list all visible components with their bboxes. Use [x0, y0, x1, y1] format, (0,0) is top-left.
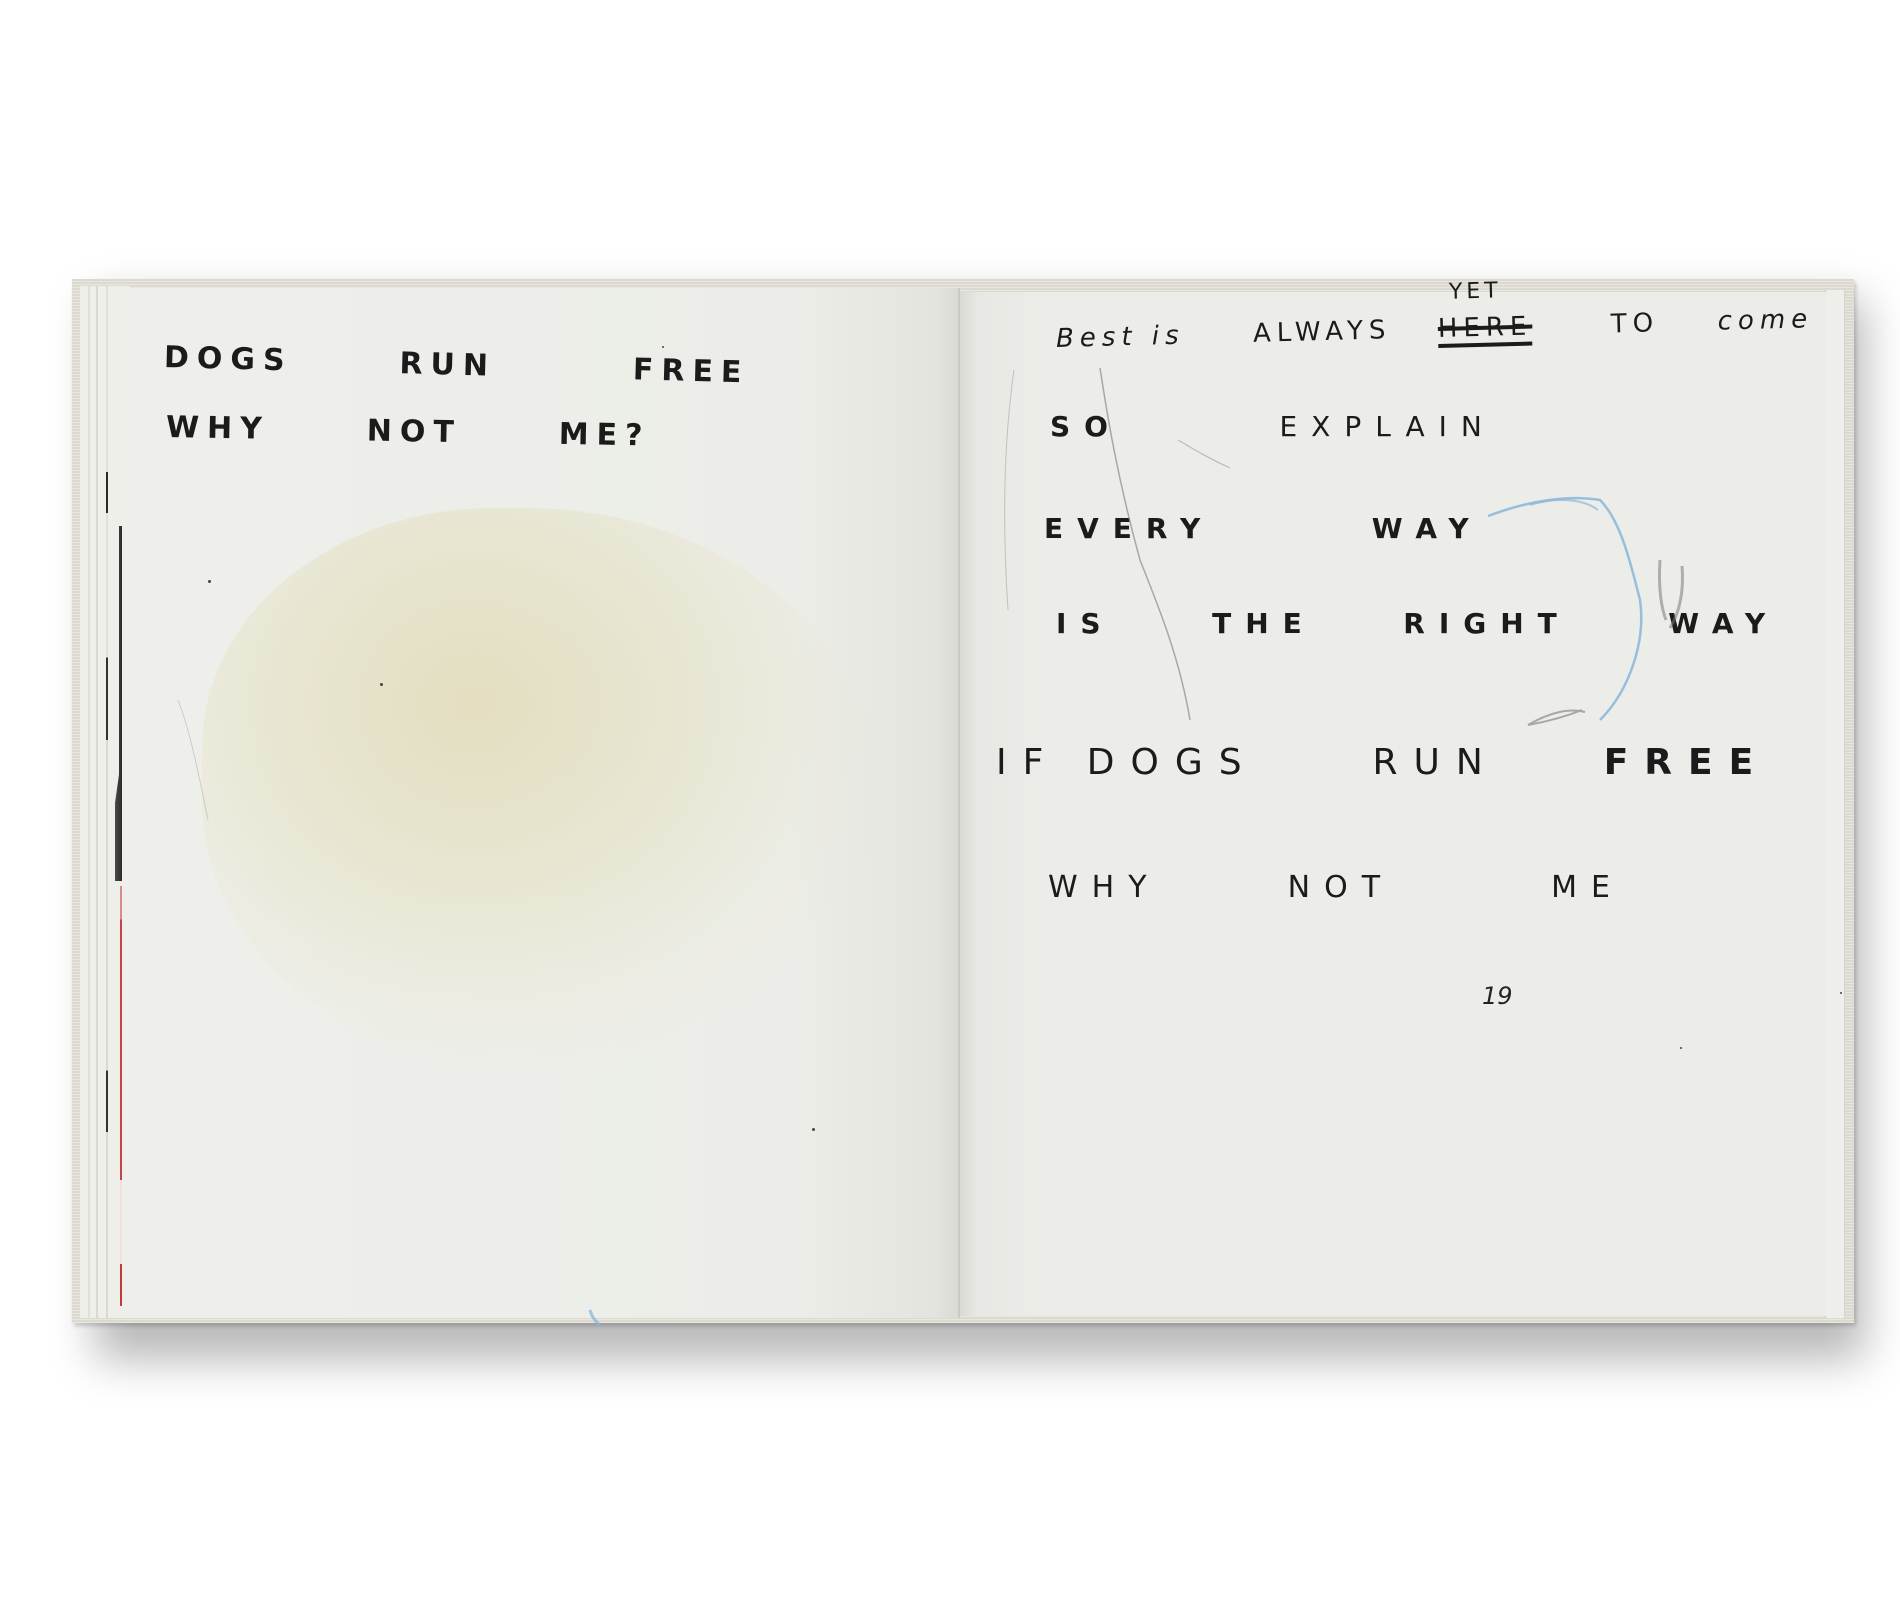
speck — [1680, 1047, 1682, 1049]
speck — [1840, 992, 1842, 994]
handwritten-line: WHY NOT ME? — [166, 410, 651, 453]
speck — [812, 1128, 815, 1131]
handwritten-word: EVERY — [1044, 512, 1214, 545]
speck — [380, 683, 383, 686]
handwritten-word: FREE — [632, 352, 749, 390]
page-edge-line — [96, 286, 98, 1318]
handwritten-word: come — [1717, 304, 1813, 336]
handwritten-word: NOT — [1288, 870, 1394, 905]
water-stain — [202, 508, 882, 1068]
handwritten-line: IS THE RIGHT WAY — [1056, 607, 1779, 640]
handwritten-word: SO — [1050, 410, 1122, 443]
handwritten-word: EXPLAIN — [1279, 410, 1495, 443]
handwritten-word: WHY — [166, 410, 271, 447]
handwritten-line: WHY NOT ME — [1048, 870, 1624, 905]
handwritten-word: Best is — [1056, 321, 1185, 354]
speck — [662, 346, 664, 348]
handwritten-line: Best is ALWAYS YET HERE TO come — [1056, 304, 1814, 354]
page-edge-line — [106, 286, 108, 1318]
handwritten-word: THE — [1212, 607, 1316, 640]
handwritten-line: IF DOGS RUN FREE — [996, 742, 1769, 783]
handwritten-word: WHY — [1048, 870, 1161, 905]
struck-word: HERE — [1437, 312, 1532, 348]
handwritten-word: ME? — [558, 417, 650, 454]
handwritten-word: IS — [1056, 607, 1115, 640]
handwritten-word: ME — [1551, 870, 1624, 905]
handwritten-word: FREE — [1604, 742, 1770, 783]
handwritten-word: RUN — [399, 346, 496, 384]
handwritten-word: RUN — [1372, 742, 1498, 783]
handwritten-word: NOT — [366, 414, 462, 451]
handwritten-word: WAY — [1668, 607, 1779, 640]
handwritten-word: TO — [1610, 308, 1659, 339]
right-page-edges — [1825, 290, 1845, 1318]
handwritten-line: SO EXPLAIN — [1050, 410, 1496, 443]
handwritten-word: IF DOGS — [996, 742, 1258, 783]
inserted-word: YET — [1449, 278, 1502, 304]
handwritten-word: WAY — [1372, 512, 1483, 545]
speck — [208, 580, 211, 583]
right-page: Best is ALWAYS YET HERE TO come SO EXPLA… — [960, 292, 1826, 1316]
handwritten-word: ALWAYS — [1253, 315, 1392, 349]
left-page: DOGS RUN FREE WHY NOT ME? — [122, 288, 960, 1318]
handwritten-word: RIGHT — [1403, 607, 1571, 640]
page-edge-line — [88, 286, 90, 1318]
correction: YET HERE — [1437, 312, 1532, 344]
handwritten-line: EVERY WAY — [1044, 512, 1483, 545]
page-number: 19 — [1482, 982, 1513, 1010]
handwritten-word: DOGS — [164, 340, 294, 378]
